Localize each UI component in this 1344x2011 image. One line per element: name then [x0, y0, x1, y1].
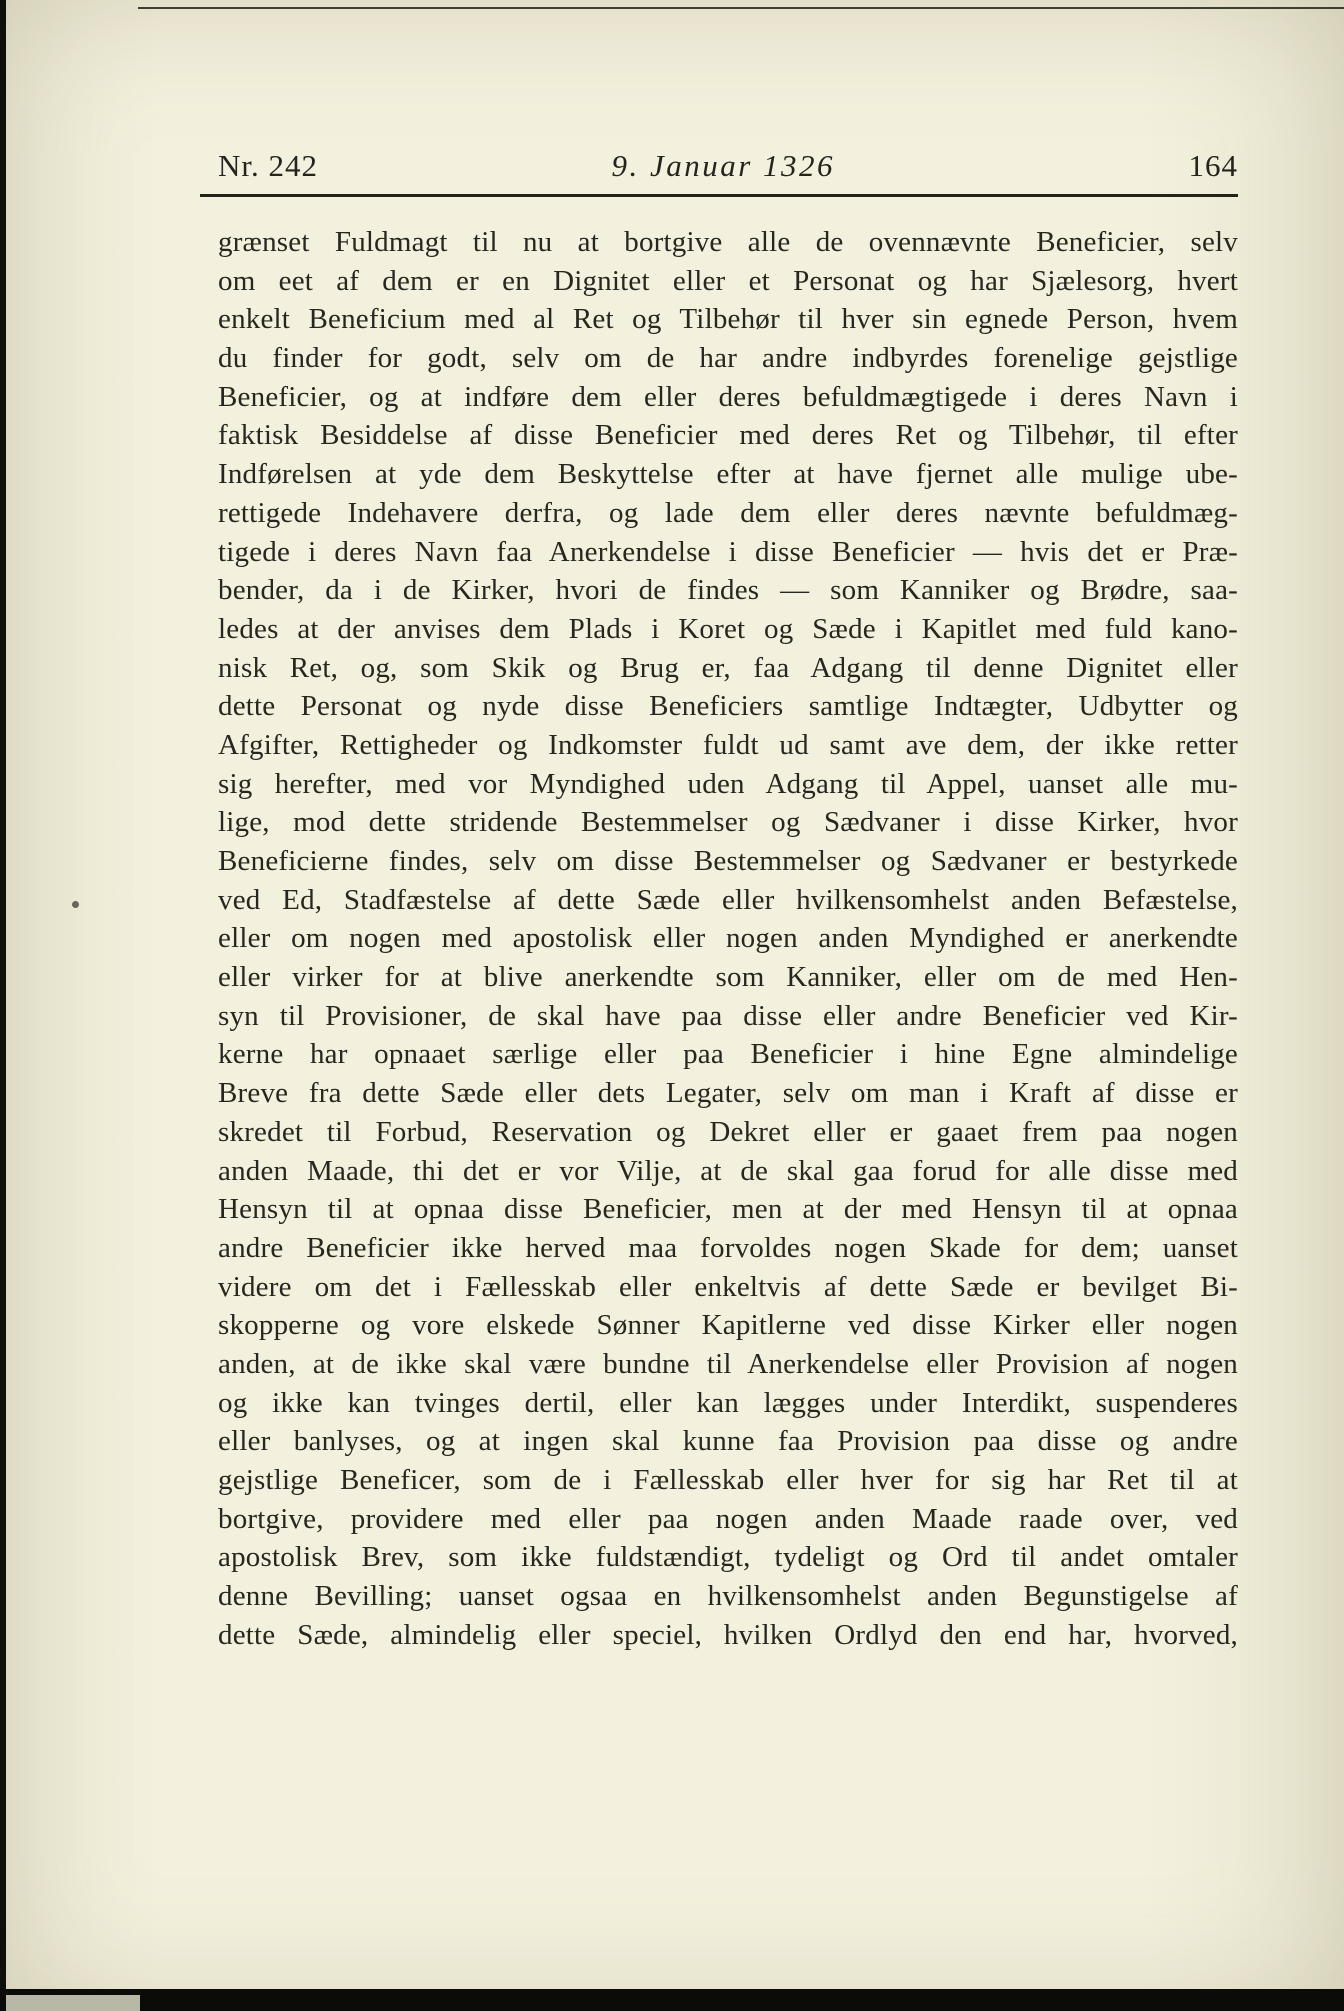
text-line: du finder for godt, selv om de har andre… [218, 339, 1238, 378]
header-date: 9. Januar 1326 [611, 148, 835, 184]
text-line: Beneficierne findes, selv om disse Beste… [218, 842, 1238, 881]
text-line: grænset Fuldmagt til nu at bortgive alle… [218, 223, 1238, 262]
scanned-page: Nr. 242 9. Januar 1326 164 grænset Fuldm… [0, 0, 1344, 2011]
text-line: eller virker for at blive anerkendte som… [218, 958, 1238, 997]
scan-edge-bottom [0, 1989, 1344, 2011]
text-line: ved Ed, Stadfæstelse af dette Sæde eller… [218, 881, 1238, 920]
text-line: bortgive, providere med eller paa nogen … [218, 1500, 1238, 1539]
text-line: ledes at der anvises dem Plads i Koret o… [218, 610, 1238, 649]
text-line: syn til Provisioner, de skal have paa di… [218, 997, 1238, 1036]
text-line: denne Bevilling; uanset ogsaa en hvilken… [218, 1577, 1238, 1616]
body-text: grænset Fuldmagt til nu at bortgive alle… [218, 223, 1238, 1654]
text-line: tigede i deres Navn faa Anerkendelse i d… [218, 533, 1238, 572]
margin-speck [72, 901, 79, 908]
text-line: og ikke kan tvinges dertil, eller kan læ… [218, 1384, 1238, 1423]
text-line: om eet af dem er en Dignitet eller et Pe… [218, 262, 1238, 301]
text-line: enkelt Beneficium med al Ret og Tilbehør… [218, 300, 1238, 339]
text-line: rettigede Indehavere derfra, og lade dem… [218, 494, 1238, 533]
text-line: skopperne og vore elskede Sønner Kapitle… [218, 1306, 1238, 1345]
text-line: Indførelsen at yde dem Beskyttelse efter… [218, 455, 1238, 494]
text-line: lige, mod dette stridende Bestemmelser o… [218, 803, 1238, 842]
text-line: anden, at de ikke skal være bundne til A… [218, 1345, 1238, 1384]
page-header: Nr. 242 9. Januar 1326 164 [218, 148, 1238, 184]
text-line: eller om nogen med apostolisk eller noge… [218, 919, 1238, 958]
text-line: nisk Ret, og, som Skik og Brug er, faa A… [218, 649, 1238, 688]
document-number: Nr. 242 [218, 148, 318, 184]
text-line: gejstlige Beneficer, som de i Fællesskab… [218, 1461, 1238, 1500]
header-rule [200, 194, 1238, 197]
text-line: faktisk Besiddelse af disse Beneficier m… [218, 416, 1238, 455]
text-line: andre Beneficier ikke herved maa forvold… [218, 1229, 1238, 1268]
text-line: dette Sæde, almindelig eller speciel, hv… [218, 1616, 1238, 1655]
text-line: Hensyn til at opnaa disse Beneficier, me… [218, 1190, 1238, 1229]
text-line: Breve fra dette Sæde eller dets Legater,… [218, 1074, 1238, 1113]
text-line: dette Personat og nyde disse Beneficiers… [218, 687, 1238, 726]
text-line: bender, da i de Kirker, hvori de findes … [218, 571, 1238, 610]
page-number: 164 [1188, 148, 1238, 184]
text-line: kerne har opnaaet særlige eller paa Bene… [218, 1035, 1238, 1074]
text-line: Beneficier, og at indføre dem eller dere… [218, 378, 1238, 417]
text-line: Afgifter, Rettigheder og Indkomster fuld… [218, 726, 1238, 765]
text-line: videre om det i Fællesskab eller enkeltv… [218, 1268, 1238, 1307]
text-line: anden Maade, thi det er vor Vilje, at de… [218, 1152, 1238, 1191]
text-line: eller banlyses, og at ingen skal kunne f… [218, 1422, 1238, 1461]
scan-edge-left [0, 0, 6, 2011]
text-line: sig herefter, med vor Myndighed uden Adg… [218, 765, 1238, 804]
scan-edge-bottom-corner [6, 1995, 140, 2011]
text-line: apostolisk Brev, som ikke fuldstændigt, … [218, 1538, 1238, 1577]
text-line: skredet til Forbud, Reservation og Dekre… [218, 1113, 1238, 1152]
scan-edge-top [138, 7, 1344, 9]
